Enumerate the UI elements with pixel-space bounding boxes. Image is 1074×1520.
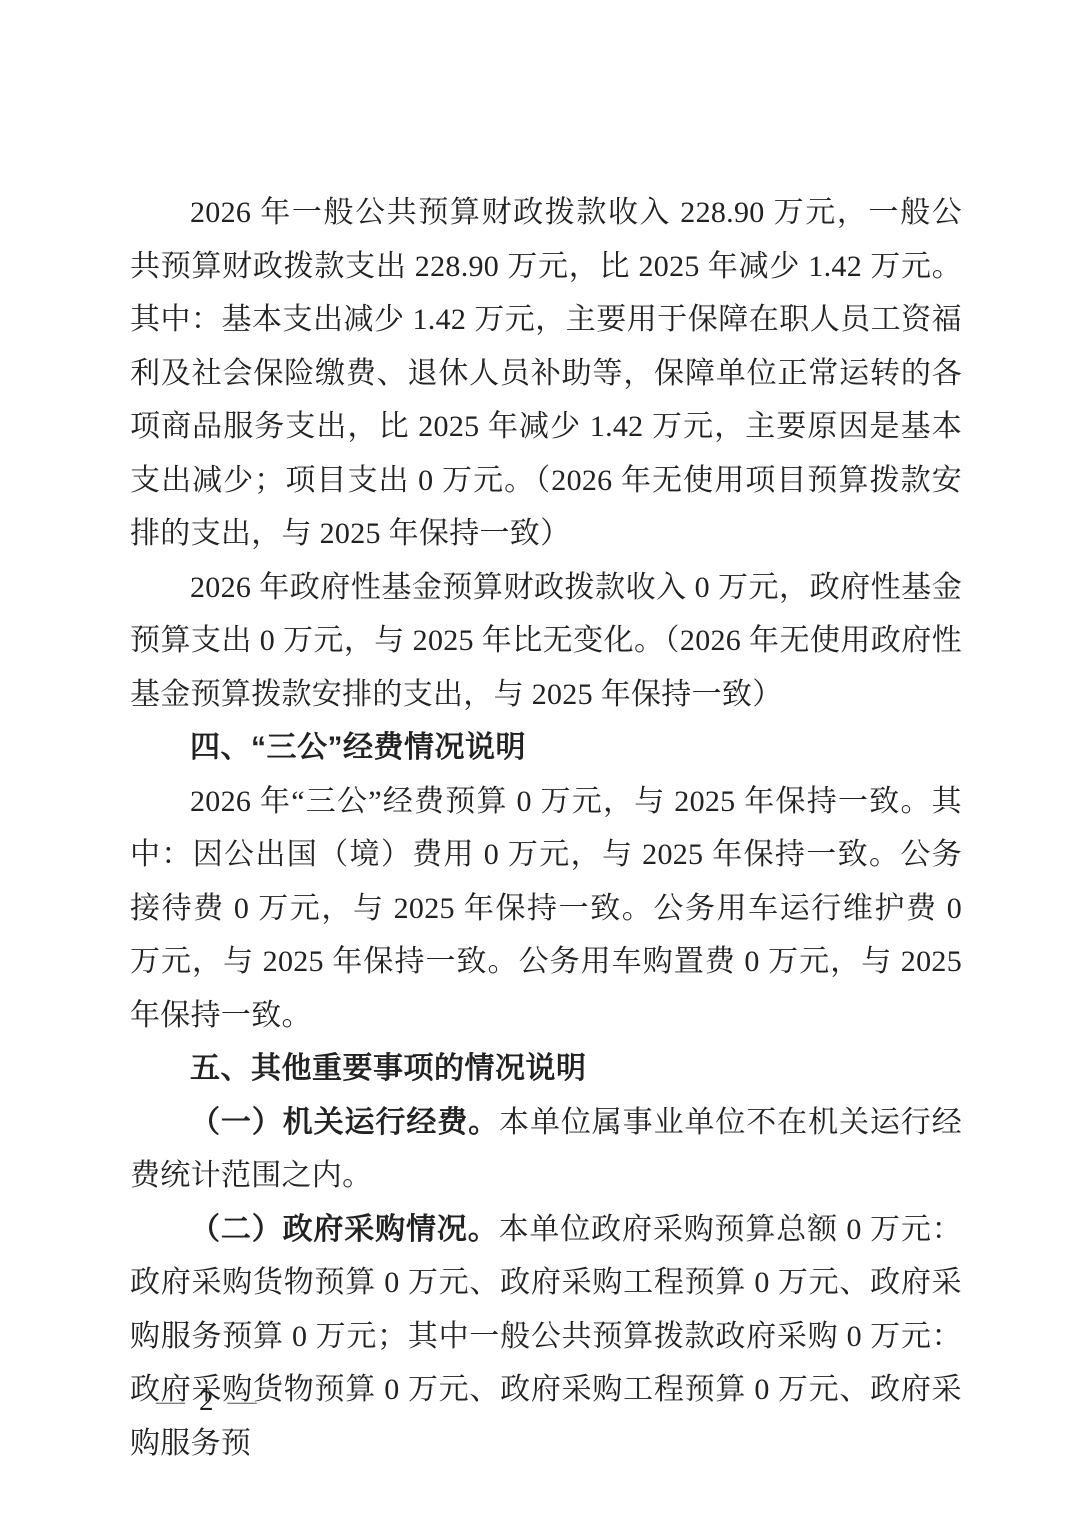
document-body: 2026 年一般公共预算财政拨款收入 228.90 万元，一般公共预算财政拨款支… <box>130 186 962 1470</box>
heading-section-5-other-important-matters: 五、其他重要事项的情况说明 <box>130 1042 962 1096</box>
heading-section-4-sangong-expenses: 四、“三公”经费情况说明 <box>130 721 962 775</box>
para-government-procurement: （二）政府采购情况。本单位政府采购预算总额 0 万元：政府采购货物预算 0 万元… <box>130 1203 962 1471</box>
para-agency-operating-funds-lead: （一）机关运行经费。 <box>190 1106 499 1139</box>
para-government-procurement-lead: （二）政府采购情况。 <box>190 1213 499 1246</box>
footer-left-dash: — <box>156 1385 185 1417</box>
para-general-budget-appropriation: 2026 年一般公共预算财政拨款收入 228.90 万元，一般公共预算财政拨款支… <box>130 186 962 561</box>
page-number: 2 <box>199 1385 214 1417</box>
footer-right-dash: — <box>228 1385 257 1417</box>
document-page: 2026 年一般公共预算财政拨款收入 228.90 万元，一般公共预算财政拨款支… <box>0 0 1074 1520</box>
para-sangong-expenses-detail: 2026 年“三公”经费预算 0 万元，与 2025 年保持一致。其中：因公出国… <box>130 775 962 1043</box>
page-footer: —2— <box>156 1384 257 1418</box>
para-government-procurement-text: 本单位政府采购预算总额 0 万元：政府采购货物预算 0 万元、政府采购工程预算 … <box>130 1213 962 1460</box>
para-agency-operating-funds: （一）机关运行经费。本单位属事业单位不在机关运行经费统计范围之内。 <box>130 1096 962 1203</box>
para-government-fund-budget: 2026 年政府性基金预算财政拨款收入 0 万元，政府性基金预算支出 0 万元，… <box>130 561 962 722</box>
